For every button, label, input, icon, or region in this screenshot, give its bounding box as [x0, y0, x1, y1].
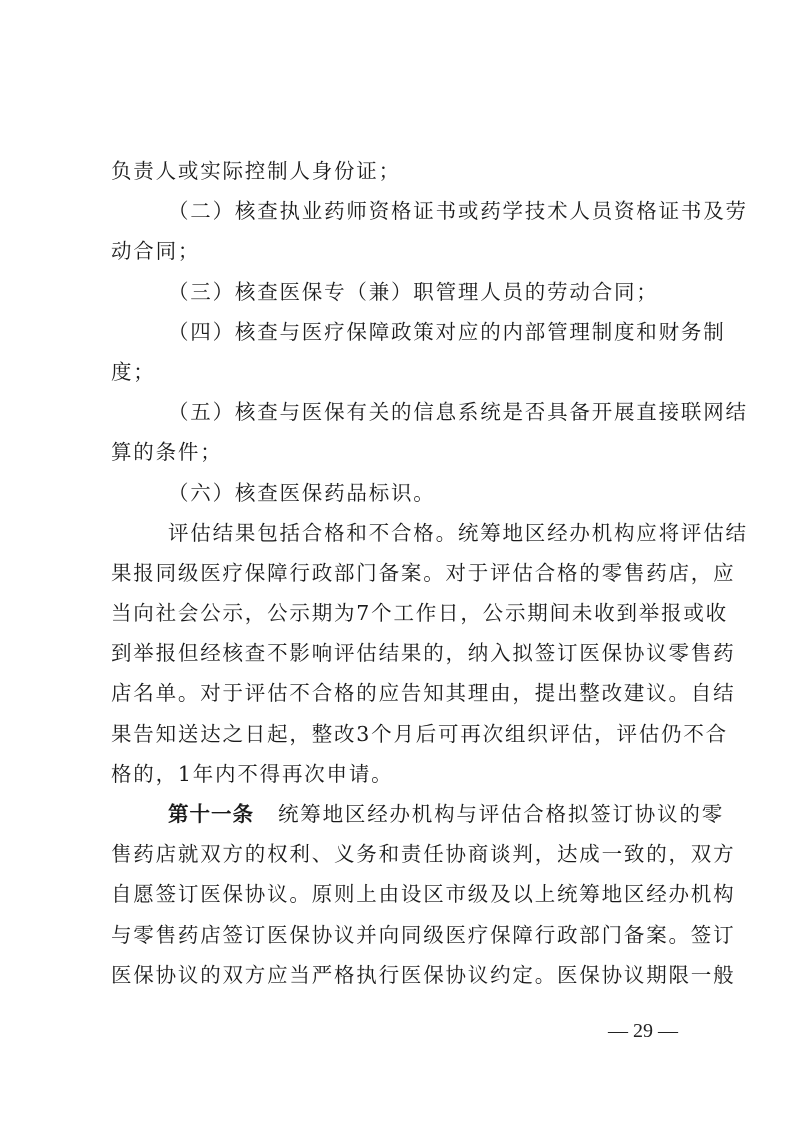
- article-line: 医保协议的双方应当严格执行医保协议约定。医保协议期限一般: [111, 955, 701, 995]
- document-body: 负责人或实际控制人身份证； （二）核查执业药师资格证书或药学技术人员资格证书及劳…: [111, 151, 701, 995]
- article-line: 售药店就双方的权利、义务和责任协商谈判，达成一致的，双方: [111, 834, 701, 874]
- list-item-2: （二）核查执业药师资格证书或药学技术人员资格证书及劳: [111, 191, 701, 231]
- list-item-5: （五）核查与医保有关的信息系统是否具备开展直接联网结: [111, 392, 701, 432]
- paragraph-line: 格的，1年内不得再次申请。: [111, 754, 701, 794]
- article-first-line: 第十一条统筹地区经办机构与评估合格拟签订协议的零: [111, 794, 701, 834]
- article-heading: 第十一条: [168, 802, 254, 826]
- paragraph-line: 店名单。对于评估不合格的应告知其理由，提出整改建议。自结: [111, 673, 701, 713]
- paragraph-line: 果报同级医疗保障行政部门备案。对于评估合格的零售药店，应: [111, 553, 701, 593]
- paragraph-line: 到举报但经核查不影响评估结果的，纳入拟签订医保协议零售药: [111, 633, 701, 673]
- article-line: 与零售药店签订医保协议并向同级医疗保障行政部门备案。签订: [111, 915, 701, 955]
- text-line: 负责人或实际控制人身份证；: [111, 151, 701, 191]
- list-item-4: （四）核查与医疗保障政策对应的内部管理制度和财务制: [111, 312, 701, 352]
- text-line: 动合同；: [111, 231, 701, 271]
- paragraph-line: 当向社会公示，公示期为7个工作日，公示期间未收到举报或收: [111, 593, 701, 633]
- article-text: 统筹地区经办机构与评估合格拟签订协议的零: [278, 802, 724, 826]
- page-number: — 29 —: [608, 1020, 678, 1043]
- text-line: 度；: [111, 352, 701, 392]
- article-line: 自愿签订医保协议。原则上由设区市级及以上统筹地区经办机构: [111, 874, 701, 914]
- list-item-6: （六）核查医保药品标识。: [111, 473, 701, 513]
- paragraph-line: 果告知送达之日起，整改3个月后可再次组织评估，评估仍不合: [111, 714, 701, 754]
- paragraph-line: 评估结果包括合格和不合格。统筹地区经办机构应将评估结: [111, 513, 701, 553]
- text-line: 算的条件；: [111, 432, 701, 472]
- list-item-3: （三）核查医保专（兼）职管理人员的劳动合同；: [111, 272, 701, 312]
